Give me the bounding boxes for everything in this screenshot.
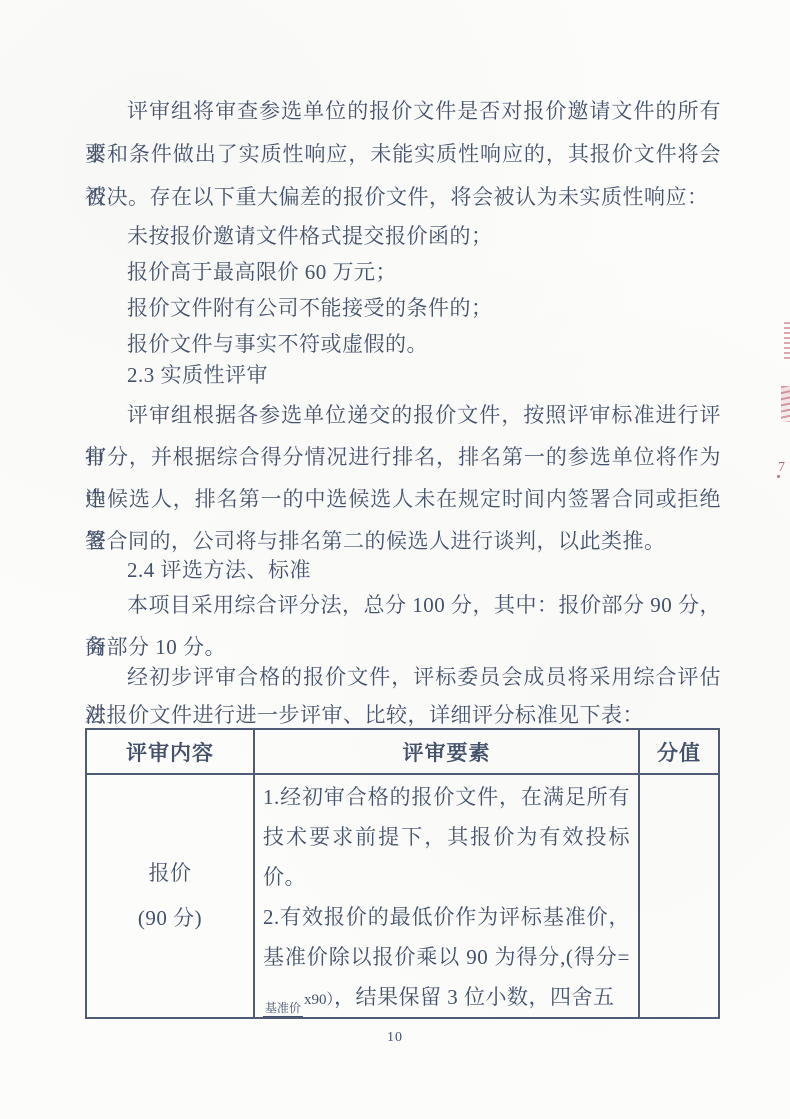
evaluation-table: 评审内容 评审要素 分值 报价 (90 分) 1.经初审合格的报价文件，在满足所… xyxy=(85,728,720,1019)
table-row: 报价 (90 分) 1.经初审合格的报价文件，在满足所有 技术要求前提下，其报价… xyxy=(86,774,719,1018)
deviation-list: 未按报价邀请文件格式提交报价函的； 报价高于最高限价 60 万元； 报价文件附有… xyxy=(85,218,721,362)
cell-evaluation-content: 报价 (90 分) xyxy=(86,774,254,1018)
cell-score-value xyxy=(639,774,719,1018)
text-line: 打分，并根据综合得分情况进行排名，排名第一的参选单位将作为中 xyxy=(85,436,721,478)
criteria-name: 报价 xyxy=(87,851,253,896)
cell-text-line: 2.有效报价的最低价作为评标基准价， xyxy=(263,897,630,937)
red-stamp-fragment-3: 7 xyxy=(778,460,790,484)
red-stamp-fragment-2 xyxy=(781,386,790,422)
scoring-method-paragraph: 本项目采用综合评分法，总分 100 分，其中：报价部分 90 分，商 务部分 1… xyxy=(85,584,721,668)
cell-text-line: 技术要求前提下，其报价为有效投标 xyxy=(263,817,630,857)
text-line: 否决。存在以下重大偏差的报价文件，将会被认为未实质性响应： xyxy=(85,176,721,219)
table-header-row: 评审内容 评审要素 分值 xyxy=(86,729,719,774)
formula-multiplier: x90） xyxy=(304,992,334,1008)
cell-text-line: 1.经初审合格的报价文件，在满足所有 xyxy=(263,777,630,817)
list-item: 报价高于最高限价 60 万元； xyxy=(85,254,721,290)
table-header-score: 分值 xyxy=(639,729,719,774)
text-line: 评审组根据各参选单位递交的报价文件，按照评审标准进行评审 xyxy=(85,394,721,436)
scanned-document-page: 评审组将审查参选单位的报价文件是否对报价邀请文件的所有要 求和条件做出了实质性响… xyxy=(0,0,790,1119)
section-2-3-heading: 2.3 实质性评审 xyxy=(85,356,721,394)
red-stamp-fragment-1 xyxy=(784,322,790,362)
section-2-4-heading: 2.4 评选方法、标准 xyxy=(85,552,721,588)
cell-evaluation-element: 1.经初审合格的报价文件，在满足所有 技术要求前提下，其报价为有效投标 价。 2… xyxy=(254,774,639,1018)
text-line: 本项目采用综合评分法，总分 100 分，其中：报价部分 90 分，商 xyxy=(85,584,721,626)
fraction-numerator: 基准价 xyxy=(263,1002,303,1017)
formula-line: 基准价报价x90），结果保留 3 位小数，四舍五 xyxy=(263,977,630,1017)
cell-text-line: 基准价除以报价乘以 90 为得分,(得分= xyxy=(263,937,630,977)
criteria-score: (90 分) xyxy=(87,896,253,941)
page-number: 10 xyxy=(0,1030,790,1046)
red-stamp-glyph: 7 xyxy=(778,460,785,475)
paragraph-intro: 评审组将审查参选单位的报价文件是否对报价邀请文件的所有要 求和条件做出了实质性响… xyxy=(85,90,721,219)
pre-table-paragraph: 经初步评审合格的报价文件，评标委员会成员将采用综合评估法 对报价文件进行进一步评… xyxy=(85,658,721,734)
text-line: 选候选人，排名第一的中选候选人未在规定时间内签署合同或拒绝签 xyxy=(85,478,721,520)
formula-fraction: 基准价报价 xyxy=(263,1002,303,1018)
section-2-3-paragraph: 评审组根据各参选单位递交的报价文件，按照评审标准进行评审 打分，并根据综合得分情… xyxy=(85,394,721,562)
formula-rest-text: ，结果保留 3 位小数，四舍五 xyxy=(334,985,615,1009)
text-line: 经初步评审合格的报价文件，评标委员会成员将采用综合评估法 xyxy=(85,658,721,696)
fraction-denominator: 报价 xyxy=(271,1017,295,1018)
text-line: 求和条件做出了实质性响应，未能实质性响应的，其报价文件将会被 xyxy=(85,133,721,176)
table-header-element: 评审要素 xyxy=(254,729,639,774)
list-item: 报价文件附有公司不能接受的条件的； xyxy=(85,290,721,326)
list-item: 未按报价邀请文件格式提交报价函的； xyxy=(85,218,721,254)
text-line: 评审组将审查参选单位的报价文件是否对报价邀请文件的所有要 xyxy=(85,90,721,133)
cell-text-line: 价。 xyxy=(263,857,630,897)
table-header-content: 评审内容 xyxy=(86,729,254,774)
red-stamp-dot xyxy=(777,475,780,478)
